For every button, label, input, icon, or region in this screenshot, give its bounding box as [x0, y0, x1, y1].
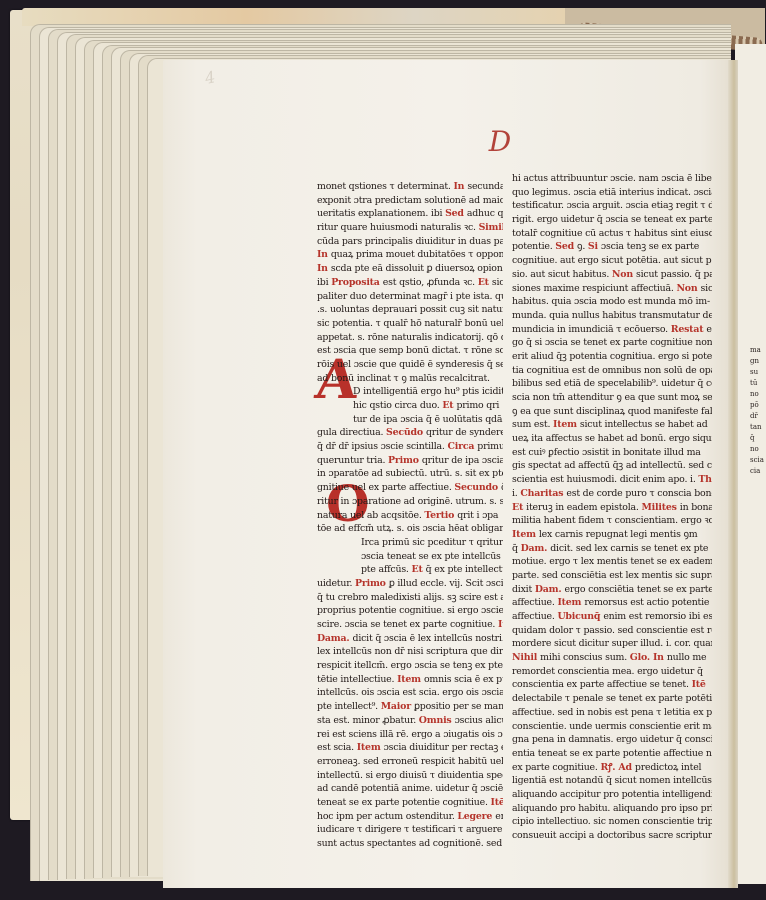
word: ad: [419, 838, 433, 849]
word: sicut: [601, 255, 626, 266]
word: tripli: [697, 816, 712, 827]
word: se: [631, 214, 644, 225]
word: est: [703, 611, 712, 622]
word: illud.: [640, 638, 666, 649]
word: eniꝫ: [495, 811, 503, 822]
word: nullus: [572, 310, 603, 321]
word: crebro: [338, 592, 371, 603]
word: indicat.: [657, 187, 694, 198]
text-line: q̄ tu crebro maledixisti alijs. sꝫ scire…: [317, 591, 503, 605]
word: ɔscia: [414, 660, 440, 671]
word: tenet: [654, 543, 680, 554]
word: sicut: [681, 255, 706, 266]
word: si: [366, 770, 376, 781]
word: monet: [317, 181, 349, 192]
word: fal: [701, 406, 712, 417]
word: obligare.: [471, 523, 503, 534]
facing-text-fragment: q̄: [750, 433, 766, 444]
word: ergo: [669, 433, 693, 444]
word: utꝝ.: [377, 523, 397, 534]
word: qstio: [369, 400, 394, 411]
text-line: ueritatis explanationem. ibi Sed adhuc q…: [317, 207, 503, 221]
word: ptis: [462, 386, 482, 397]
word: minor: [352, 715, 382, 726]
word: ɔscia: [497, 729, 503, 740]
word: ea: [624, 392, 638, 403]
word: opa: [699, 365, 712, 376]
rubric-mark: Item: [357, 742, 384, 753]
word: affectiue: [663, 748, 706, 759]
word: ergo: [658, 351, 682, 362]
word: se: [641, 543, 654, 554]
word: per: [356, 811, 374, 822]
word: sunt: [553, 406, 576, 417]
word: ɔscia: [423, 523, 449, 534]
word: penale: [573, 693, 606, 704]
word: sic: [701, 283, 712, 294]
word: ueritatis: [317, 208, 358, 219]
word: scriptura: [426, 646, 470, 657]
word: ex: [434, 564, 447, 575]
word: habitu.: [578, 803, 613, 814]
word: se: [370, 619, 383, 630]
word: ergo: [616, 734, 640, 745]
word: ɔscia: [482, 687, 503, 698]
word: intellect⁹.: [335, 701, 381, 712]
text-line: sta est. minor ꝓbatur. Omnis ɔscius alic…: [317, 714, 503, 728]
word: ritur: [317, 222, 341, 233]
text-line: munda. quia nullus habitus transmutatur …: [512, 309, 712, 323]
book-photograph: magnsutūnopōdr̄tanq̄nosciacia 4 D A O mo…: [0, 0, 766, 900]
word: sed: [486, 838, 503, 849]
text-line: in ɔparatōe ad subiectū. utrū. s. sit ex…: [317, 467, 503, 481]
word: affectiue: [607, 679, 650, 690]
word: tenet: [383, 619, 409, 630]
word: doctoribus: [597, 830, 648, 841]
word: dicit: [620, 474, 643, 485]
word: respiciunt: [582, 283, 631, 294]
word: ergo: [411, 729, 435, 740]
word: rigit.: [512, 214, 537, 225]
word: conscientie: [642, 816, 696, 827]
word: scītille: [495, 345, 503, 356]
word: est: [549, 775, 565, 786]
word: que: [470, 646, 490, 657]
word: ꝛc.: [464, 222, 479, 233]
word: secunda: [467, 181, 503, 192]
text-line: In scda pte eā dissoluit ꝑ diuersoꝝ opio…: [317, 262, 503, 276]
word: est.: [333, 715, 352, 726]
word: cū: [585, 228, 599, 239]
word: cognitiua: [527, 365, 572, 376]
word: proprius: [317, 605, 359, 616]
word: intellcūs: [673, 775, 712, 786]
word: ergo: [537, 214, 561, 225]
word: erit: [684, 721, 703, 732]
word: intellcūs: [434, 633, 475, 644]
word: naturalis: [391, 332, 434, 343]
word: omnis: [424, 674, 454, 685]
word: q̄: [526, 337, 535, 348]
rubric-mark: Secundo: [454, 482, 501, 493]
text-line: erit aliud q̄ꝫ potentia cognitiua. ergo …: [512, 350, 712, 364]
rubric-mark: Omnis: [419, 715, 455, 726]
word: sed: [545, 378, 564, 389]
word: habitus: [602, 310, 639, 321]
word: in: [555, 502, 566, 513]
text-line: affectiue. sed in nobis est pena τ letit…: [512, 706, 712, 720]
word: pri: [701, 803, 712, 814]
page-edge-stack: [30, 24, 180, 882]
text-line: scientia est huiusmodi. dicit enim apo. …: [512, 473, 712, 487]
word: non: [533, 392, 553, 403]
facing-text-fragment: dr̄: [750, 411, 766, 422]
word: pena: [532, 734, 557, 745]
word: ex: [680, 543, 693, 554]
word: ɔiugatis: [443, 729, 482, 740]
text-line: q̄ dr̄ dr̄ ipsius ɔscie scintilla. Circa…: [317, 440, 503, 454]
word: q̄-: [501, 482, 503, 493]
word: conscientie.: [512, 721, 569, 732]
text-line: siones maxime respiciunt affectiuā. Non …: [512, 282, 712, 296]
word: ergo: [421, 386, 445, 397]
word: erroneaꝫ.: [317, 756, 363, 767]
word: utrū.: [430, 468, 455, 479]
word: eadem: [683, 556, 712, 567]
word: q̄ꝫ: [556, 351, 569, 362]
word: se: [571, 337, 584, 348]
word: ipa: [465, 455, 482, 466]
word: etiaꝫ: [651, 200, 675, 211]
word: potētia.: [626, 255, 663, 266]
word: utrum.: [456, 496, 490, 507]
word: est: [317, 345, 333, 356]
text-line: gis spectat ad affectū q̄ꝫ ad intellectū…: [512, 459, 712, 473]
word: consci: [685, 734, 712, 745]
word: damnatis.: [568, 734, 616, 745]
text-line: ritur quare huiusmodi naturalis ꝛc. Simi…: [317, 221, 503, 235]
word: ad: [404, 496, 418, 507]
text-line: iudicare τ dirigere τ testificari τ argu…: [317, 823, 503, 837]
word: mentis: [650, 529, 684, 540]
word: etiā: [599, 187, 619, 198]
word: actus: [599, 228, 626, 239]
word: uidetur.: [317, 578, 355, 589]
word: pte: [706, 707, 712, 718]
word: de: [685, 365, 699, 376]
word: q̄: [676, 734, 685, 745]
word: bonū.: [640, 433, 668, 444]
word: ɔscia: [377, 687, 403, 698]
word: teneat: [644, 214, 676, 225]
word: ɔscia: [333, 345, 359, 356]
word: super: [612, 638, 641, 649]
word: ɔscie: [381, 441, 407, 452]
word: sed: [557, 707, 576, 718]
word: dictat.: [432, 345, 464, 356]
word: potentie: [402, 797, 443, 808]
word: di: [708, 200, 712, 211]
word: nobis: [587, 707, 614, 718]
word: ex: [693, 707, 706, 718]
word: qō: [487, 332, 501, 343]
word: ipm: [336, 811, 356, 822]
text-line: uidetur. Primo ꝑ illud eccle. vij. Scit …: [317, 577, 503, 591]
text-line: .s. uoluntas deprauari possit cuꝫ sit na…: [317, 303, 503, 317]
word: circa: [394, 400, 419, 411]
word: ɔscia: [400, 414, 426, 425]
word: scintilla.: [406, 441, 447, 452]
word: pte: [694, 543, 709, 554]
word: rei: [317, 729, 332, 740]
word: bonū: [406, 345, 432, 356]
word: tenꝫ: [453, 660, 475, 671]
word: dolor: [549, 625, 576, 636]
word: ɔsciētia: [480, 783, 503, 794]
word: ē: [475, 674, 483, 685]
text-line: est scia. Item ɔscia diuiditur per recta…: [317, 741, 503, 755]
word: sicut: [548, 269, 573, 280]
text-line: ɔscia teneat se ex pte intellcūs an ex: [317, 550, 503, 564]
word: solū: [664, 365, 685, 376]
word: τ: [469, 537, 477, 548]
word: intellectus: [465, 564, 503, 575]
word: rē.: [396, 729, 411, 740]
text-line: testificatur. ɔscia arguit. ɔscia etiaꝫ …: [512, 199, 712, 213]
word: ɔscia: [605, 214, 631, 225]
word: uel: [352, 482, 369, 493]
word: semp: [495, 359, 503, 370]
text-line: parte. sed consciētia est lex mentis sic…: [512, 569, 712, 583]
word: apo.: [668, 474, 690, 485]
word: ex: [645, 693, 658, 704]
word: go: [512, 337, 526, 348]
word: conscientia: [512, 679, 567, 690]
word: tētie: [317, 674, 340, 685]
rubric-mark: In: [453, 181, 467, 192]
word: ex: [610, 337, 623, 348]
word: τ: [626, 228, 634, 239]
text-line: conscientia ex parte affectiue se tenet.…: [512, 678, 712, 692]
word: sciens: [349, 729, 380, 740]
word: ē: [434, 414, 442, 425]
word: scire: [459, 592, 484, 603]
rubric-mark: Glo.: [630, 652, 653, 663]
rubric-mark: Dam.: [535, 584, 565, 595]
word: spectat: [528, 460, 564, 471]
word: notandū: [565, 775, 606, 786]
word: qstio,: [399, 277, 427, 288]
word: siquid: [692, 433, 712, 444]
word: ɔscia: [384, 742, 410, 753]
word: diuiditur: [409, 742, 451, 753]
word: pte: [496, 674, 503, 685]
word: ɔscia: [545, 337, 571, 348]
word: originē.: [418, 496, 456, 507]
word: predictoꝝ: [635, 762, 681, 773]
word: remorsus: [584, 597, 630, 608]
word: ab: [367, 510, 381, 521]
word: q̄: [317, 441, 326, 452]
word: se: [419, 551, 432, 562]
word: corde: [597, 488, 626, 499]
word: opponit.: [476, 249, 503, 260]
word: enim: [643, 474, 668, 485]
word: ɔscia: [482, 455, 503, 466]
word: ex: [369, 482, 382, 493]
word: ad: [626, 460, 640, 471]
word: ad: [334, 523, 348, 534]
word: ergo: [637, 666, 661, 677]
word: inclinat: [357, 373, 394, 384]
text-line: delectabile τ penale se tenet ex parte p…: [512, 692, 712, 706]
text-line: tia cognitiua est de omnibus non solū de…: [512, 364, 712, 378]
word: testificatur.: [512, 200, 567, 211]
word: queruntur: [317, 455, 366, 466]
word: cognitiue.: [512, 255, 560, 266]
word: cognitionē.: [433, 838, 487, 849]
word: conscius: [563, 652, 605, 663]
rubric-mark: Restat: [671, 324, 707, 335]
word: parte: [525, 762, 552, 773]
gutter-shadow: [728, 60, 738, 888]
word: qualr̄: [383, 318, 410, 329]
word: dubitatōes: [417, 249, 468, 260]
word: de: [588, 365, 602, 376]
word: a: [589, 830, 597, 841]
word: militia: [512, 515, 544, 526]
word: mentis: [597, 556, 631, 567]
word: actus: [523, 173, 550, 184]
word: de: [583, 488, 597, 499]
word: affectiue.: [409, 482, 454, 493]
word: sum: [512, 419, 534, 430]
word: si: [447, 605, 457, 616]
word: tenet: [619, 693, 645, 704]
text-line: D intelligentiā ergo hu⁹ ptis icidit: [317, 385, 503, 399]
word: hēat: [448, 523, 471, 534]
word: cō: [706, 378, 712, 389]
word: mō: [679, 296, 696, 307]
rubric-mark: Et: [512, 502, 526, 513]
word: ois: [466, 687, 482, 698]
word: nō: [706, 748, 712, 759]
word: pceditur: [427, 537, 468, 548]
word: pte: [488, 660, 503, 671]
word: hi: [512, 173, 523, 184]
rubric-mark: Legere: [457, 811, 495, 822]
word: duo.: [420, 400, 442, 411]
word: ex: [479, 468, 492, 479]
word: τ: [656, 707, 664, 718]
text-line: intellcūs. ois ɔscia est scia. ergo ois …: [317, 686, 503, 700]
word: affectū: [578, 460, 613, 471]
word: Irca: [361, 537, 382, 548]
word: malūs: [409, 373, 439, 384]
word: ad: [371, 468, 385, 479]
word: pas: [706, 255, 712, 266]
word: q̄: [426, 564, 435, 575]
word: τ: [616, 324, 624, 335]
word: duo: [350, 291, 370, 302]
word: maiorē: [483, 195, 503, 206]
word: eadem: [567, 502, 600, 513]
word: ma-: [703, 721, 713, 732]
word: sicut: [615, 775, 640, 786]
text-line: quidam dolor τ passio. sed conscientie e…: [512, 624, 712, 638]
word: mordere: [512, 638, 554, 649]
word: in: [680, 502, 691, 513]
word: subiectū.: [385, 468, 429, 479]
word: respicit: [317, 660, 354, 671]
word: potentie.: [512, 241, 555, 252]
rubric-mark: Proposita: [331, 277, 383, 288]
word: pena: [631, 707, 656, 718]
word: intelligendi.: [662, 789, 712, 800]
word: determinat: [370, 291, 423, 302]
word: ex: [362, 797, 375, 808]
text-line: pte affcūs. Et q̄ ex pte intellectus: [317, 563, 503, 577]
word: prima: [356, 249, 386, 260]
text-line: lex intellcūs non dr̄ nisi scriptura que…: [317, 645, 503, 659]
word: ex: [410, 619, 423, 630]
word: ꝑpositio: [414, 701, 453, 712]
word: in: [557, 324, 568, 335]
word: maxime: [543, 283, 582, 294]
word: ɔscia: [601, 241, 627, 252]
word: potentia: [569, 351, 610, 362]
word: uolūtatis: [443, 414, 486, 425]
word: potentiā: [361, 783, 402, 794]
word: totalr̄: [512, 228, 540, 239]
word: ɔscia: [694, 187, 712, 198]
word: solutionē: [424, 195, 468, 206]
rubric-mark: In: [317, 263, 331, 274]
word: si: [682, 351, 692, 362]
word: bilibus: [512, 378, 545, 389]
word: sum.: [605, 652, 630, 663]
word: tenet.: [662, 679, 691, 690]
word: pars: [342, 236, 365, 247]
text-line: remordet conscientia mea. ergo uidetur q…: [512, 665, 712, 679]
word: ueꝝ: [512, 433, 531, 444]
word: manife: [484, 701, 503, 712]
word: liber: [695, 173, 712, 184]
word: potentie: [672, 597, 710, 608]
word: legi: [630, 529, 650, 540]
word: ɔscia: [384, 633, 410, 644]
word: aliquando: [613, 803, 661, 814]
word: parte.: [512, 570, 542, 581]
word: scda: [331, 263, 355, 274]
word: ad: [564, 460, 578, 471]
word: omnibus: [602, 365, 644, 376]
word: ex: [582, 748, 595, 759]
word: tia: [512, 365, 527, 376]
word: pte: [355, 263, 373, 274]
word: actus: [500, 592, 503, 603]
word: potētie: [686, 693, 712, 704]
text-line: Nihil mihi conscius sum. Glo. In nullo m…: [512, 651, 712, 665]
text-line: intellectū. si ergo diuisū τ diuidentia …: [317, 769, 503, 783]
word: ergo: [549, 556, 573, 567]
word: intellcūs.: [317, 687, 361, 698]
word: q̄: [697, 666, 703, 677]
word: habent: [544, 515, 579, 526]
text-line: natura uel ab acqsitōe. Tertio qrit i ɔp…: [317, 509, 503, 523]
rubric-mark: Ad: [618, 762, 635, 773]
word: bonū: [331, 373, 357, 384]
